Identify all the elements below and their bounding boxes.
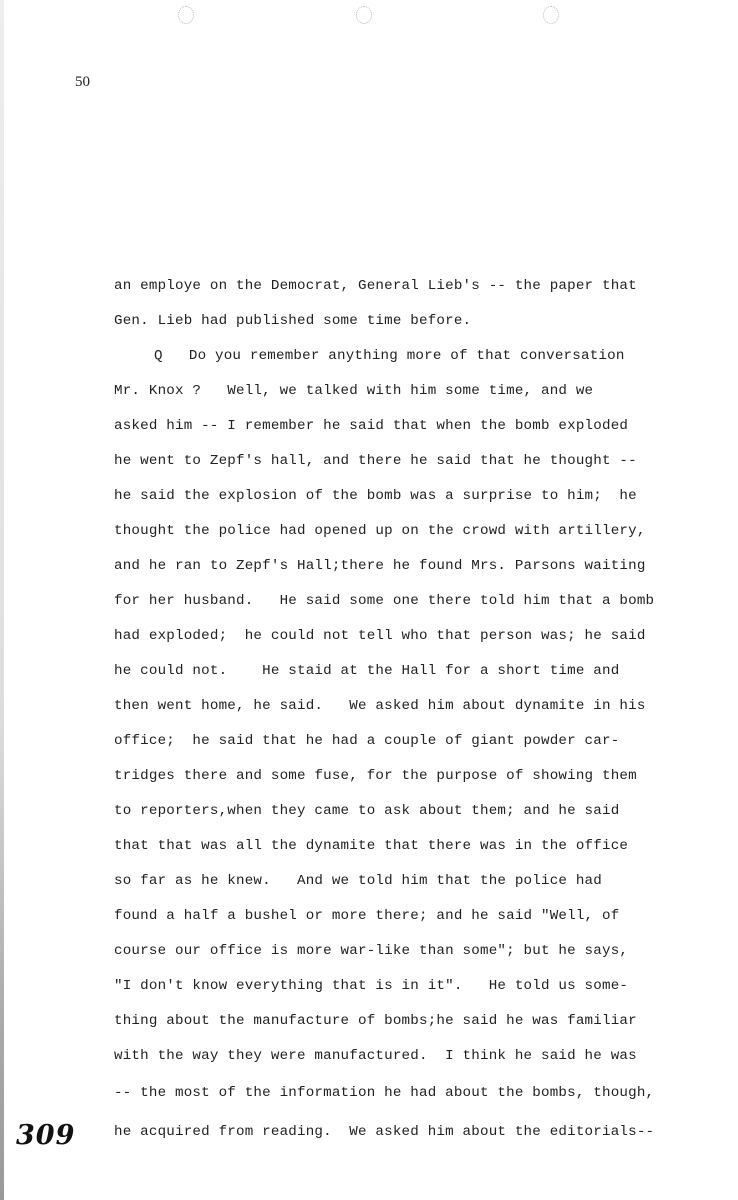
text-line: thought the police had opened up on the … (114, 523, 646, 539)
text-line: Gen. Lieb had published some time before… (114, 313, 471, 329)
punch-hole-mark (356, 6, 372, 24)
text-line: he acquired from reading. We asked him a… (114, 1124, 654, 1140)
text-line: he could not. He staid at the Hall for a… (114, 663, 619, 679)
text-line: for her husband. He said some one there … (114, 593, 654, 609)
text-line: he said the explosion of the bomb was a … (114, 488, 637, 504)
text-line: thing about the manufacture of bombs;he … (114, 1013, 637, 1029)
text-line: he went to Zepf's hall, and there he sai… (114, 453, 637, 469)
text-line: asked him -- I remember he said that whe… (114, 418, 628, 434)
text-line: -- the most of the information he had ab… (114, 1085, 654, 1101)
text-line: that that was all the dynamite that ther… (114, 838, 628, 854)
punch-hole-mark (543, 6, 559, 24)
text-line: so far as he knew. And we told him that … (114, 873, 602, 889)
page-number: 50 (75, 74, 90, 91)
punch-hole-mark (178, 6, 194, 24)
text-line: office; he said that he had a couple of … (114, 733, 619, 749)
text-line: tridges there and some fuse, for the pur… (114, 768, 637, 784)
text-line: course our office is more war-like than … (114, 943, 628, 959)
text-line: an employe on the Democrat, General Lieb… (114, 278, 637, 294)
text-line: to reporters,when they came to ask about… (114, 803, 619, 819)
page-edge-shadow (0, 0, 4, 1200)
text-line: Mr. Knox ? Well, we talked with him some… (114, 383, 593, 399)
handwritten-page-annotation: 309 (16, 1120, 75, 1151)
text-line: found a half a bushel or more there; and… (114, 908, 619, 924)
text-line: and he ran to Zepf's Hall;there he found… (114, 558, 646, 574)
text-line: with the way they were manufactured. I t… (114, 1048, 637, 1064)
text-line: had exploded; he could not tell who that… (114, 628, 646, 644)
text-line: "I don't know everything that is in it".… (114, 978, 628, 994)
text-line: then went home, he said. We asked him ab… (114, 698, 646, 714)
question-line: Q Do you remember anything more of that … (154, 348, 625, 364)
